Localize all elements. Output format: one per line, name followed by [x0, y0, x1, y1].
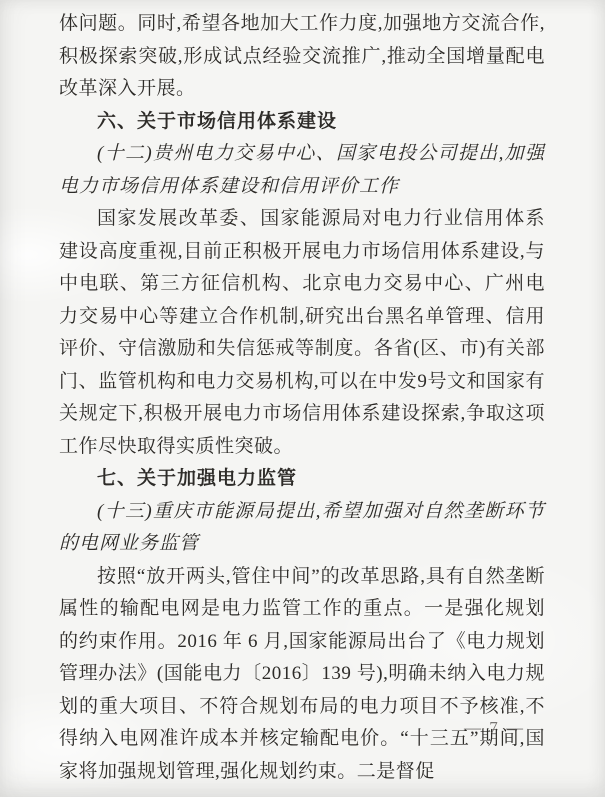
topic-statement-13: (十三)重庆市能源局提出,希望加强对自然垄断环节的电网业务监管 [59, 496, 545, 561]
page-number: — 7 — [464, 718, 525, 738]
topic-statement-12: (十二)贵州电力交易中心、国家电投公司提出,加强电力市场信用体系建设和信用评价工… [59, 138, 545, 203]
paragraph-credit-system-response: 国家发展改革委、国家能源局对电力行业信用体系建设高度重视,目前正积极开展电力市场… [59, 203, 545, 463]
document-body: 体问题。同时,希望各地加大工作力度,加强地方交流合作,积极探索突破,形成试点经验… [59, 8, 545, 788]
section-heading-7-power-regulation: 七、关于加强电力监管 [59, 463, 545, 496]
section-heading-6-credit-system: 六、关于市场信用体系建设 [59, 106, 545, 139]
paragraph-continued-from-previous-page: 体问题。同时,希望各地加大工作力度,加强地方交流合作,积极探索突破,形成试点经验… [59, 8, 545, 106]
scanned-document-page: 体问题。同时,希望各地加大工作力度,加强地方交流合作,积极探索突破,形成试点经验… [0, 0, 605, 797]
paragraph-regulation-response: 按照“放开两头,管住中间”的改革思路,具有自然垄断属性的输配电网是电力监管工作的… [59, 561, 545, 789]
